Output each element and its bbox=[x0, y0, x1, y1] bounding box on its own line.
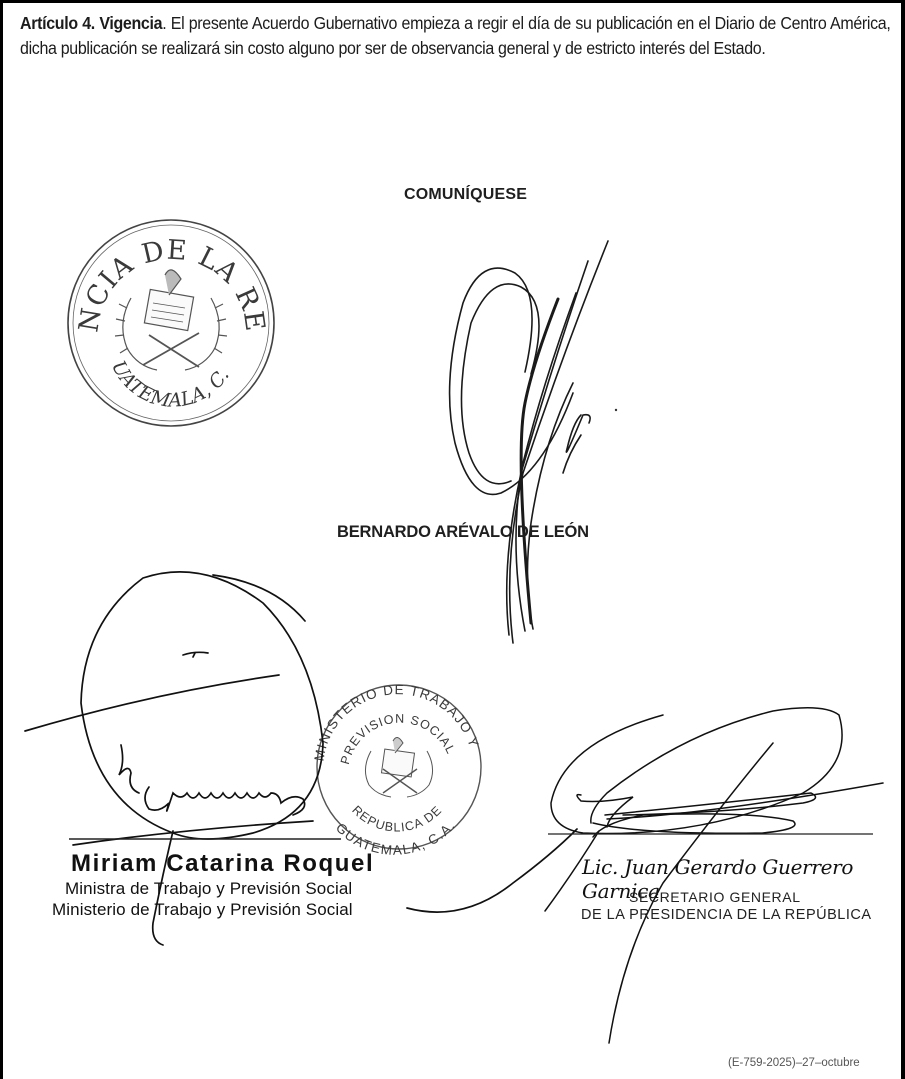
minister-title: Ministra de Trabajo y Previsión Social bbox=[65, 879, 352, 899]
president-name: BERNARDO ARÉVALO DE LEÓN bbox=[337, 523, 589, 542]
article-paragraph: Artículo 4. Vigencia. El presente Acuerd… bbox=[20, 11, 890, 61]
minister-name: Miriam Catarina Roquel bbox=[71, 850, 374, 878]
secretary-title-line1: SECRETARIO GENERAL bbox=[629, 889, 801, 905]
ministry-stamp-outer-text: MINISTERIO DE TRABAJO Y bbox=[311, 682, 481, 762]
ministry-stamp-lower-text: REPUBLICA DE bbox=[349, 803, 444, 835]
closing-word: COMUNÍQUESE bbox=[404, 186, 527, 204]
presidency-stamp-bottom-text: GUATEMALA, C. A. bbox=[3, 3, 237, 412]
article-heading: Artículo 4. Vigencia bbox=[20, 13, 162, 33]
ministry-stamp-inner-text: PREVISION SOCIAL bbox=[338, 712, 458, 766]
ministry-coat-of-arms-icon bbox=[365, 737, 432, 797]
secretary-title-line2: DE LA PRESIDENCIA DE LA REPÚBLICA bbox=[581, 907, 872, 923]
coat-of-arms-icon bbox=[115, 270, 227, 370]
document-page: Artículo 4. Vigencia. El presente Acuerd… bbox=[0, 0, 905, 1079]
publication-reference: (E-759-2025)–27–octubre bbox=[728, 1057, 860, 1069]
ministry-name: Ministerio de Trabajo y Previsión Social bbox=[52, 900, 353, 920]
